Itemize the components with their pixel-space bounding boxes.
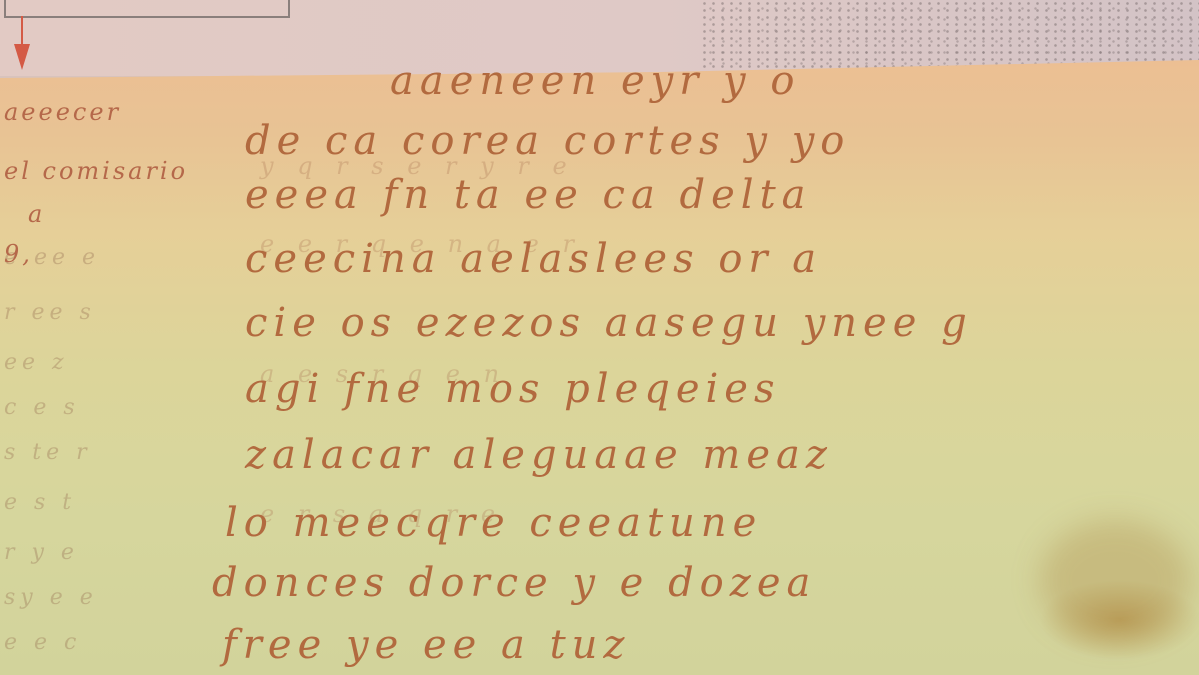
margin-faint-note: ee z <box>4 350 69 375</box>
margin-faint-note: s te r <box>4 440 92 465</box>
diagram-box: Erq <box>4 0 290 18</box>
manuscript-line: lo meecqre ceeatune <box>225 500 762 546</box>
margin-faint-note: e s t <box>4 490 76 515</box>
margin-note: 9, <box>4 240 33 268</box>
water-stain <box>1040 520 1190 640</box>
manuscript-line: agi fne mos pleqeies <box>245 366 781 412</box>
manuscript-line: de ca corea cortes y yo <box>245 118 850 164</box>
manuscript-line: free ye ee a tuz <box>222 622 631 668</box>
margin-note: a <box>28 200 45 228</box>
manuscript-line: zalacar aleguaae meaz <box>245 432 833 478</box>
manuscript-line: ceecina aelaslees or a <box>245 236 822 282</box>
margin-faint-note: c e s <box>4 395 80 420</box>
manuscript-line: donces dorce y e dozea <box>212 560 816 606</box>
margin-note: el comisario <box>4 157 188 185</box>
margin-note: aeeecer <box>4 98 121 126</box>
margin-faint-note: sy e e <box>4 585 98 610</box>
arrow-down-icon <box>14 44 30 70</box>
margin-faint-note: e e c <box>4 630 81 655</box>
margin-faint-note: r y e <box>4 540 79 565</box>
manuscript-line: aaeneen eyr y o <box>390 58 800 104</box>
margin-faint-note: r ee s <box>4 300 96 325</box>
manuscript-line: cie os ezezos aasegu ynee g <box>245 300 973 346</box>
manuscript-line: eeea fn ta ee ca delta <box>245 172 812 218</box>
